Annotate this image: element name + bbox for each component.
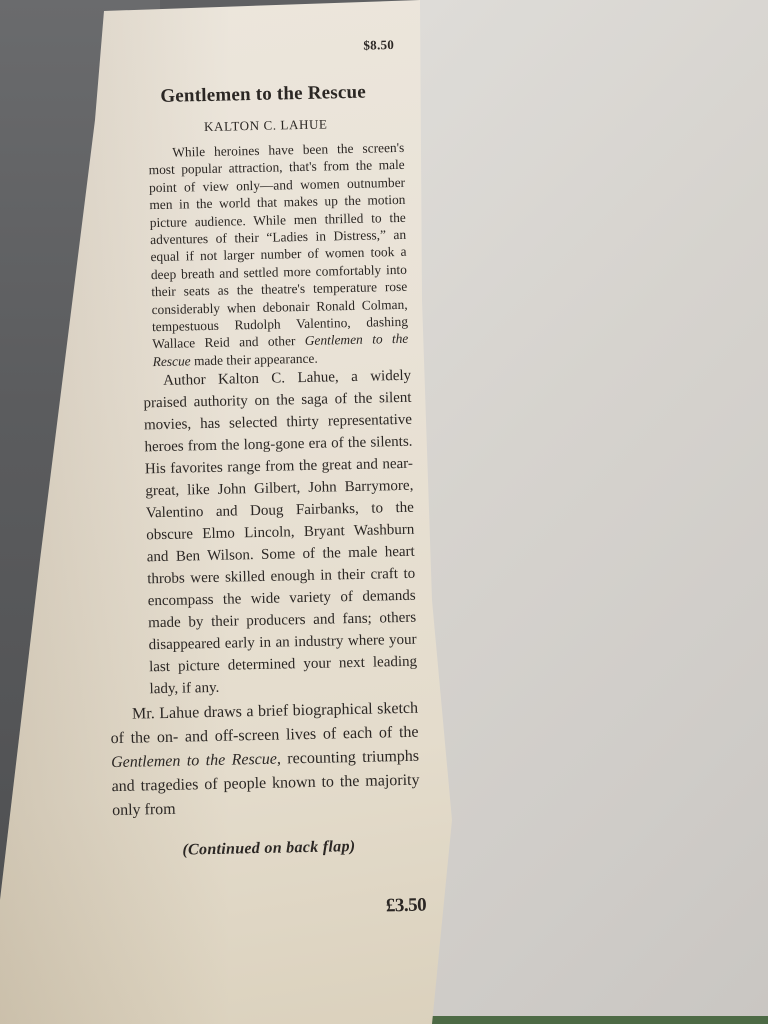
blurb-text: made their appearance. xyxy=(190,351,317,369)
book-title: Gentlemen to the Rescue xyxy=(97,81,409,110)
book-cloth-edge xyxy=(430,1016,768,1024)
book-author: KALTON C. LAHUE xyxy=(98,115,410,138)
blurb-paragraph-2: Author Kalton C. Lahue, a widely praised… xyxy=(103,365,422,701)
blurb-italic-title: Gentlemen to the Rescue xyxy=(111,751,277,771)
blurb-text: Mr. Lahue draws a brief biographical ske… xyxy=(110,700,418,747)
flap-text-block: $8.50 Gentlemen to the Rescue KALTON C. … xyxy=(96,37,426,924)
blurb-text: While heroines have been the screen's mo… xyxy=(149,140,409,352)
blurb-text: Author Kalton C. Lahue, a widely praised… xyxy=(143,368,417,698)
book-endpaper xyxy=(420,0,768,1024)
blurb-paragraph-1: While heroines have been the screen's mo… xyxy=(98,139,415,372)
blurb-paragraph-3: Mr. Lahue draws a brief biographical ske… xyxy=(110,697,424,824)
continued-note: (Continued on back flap) xyxy=(113,837,425,862)
